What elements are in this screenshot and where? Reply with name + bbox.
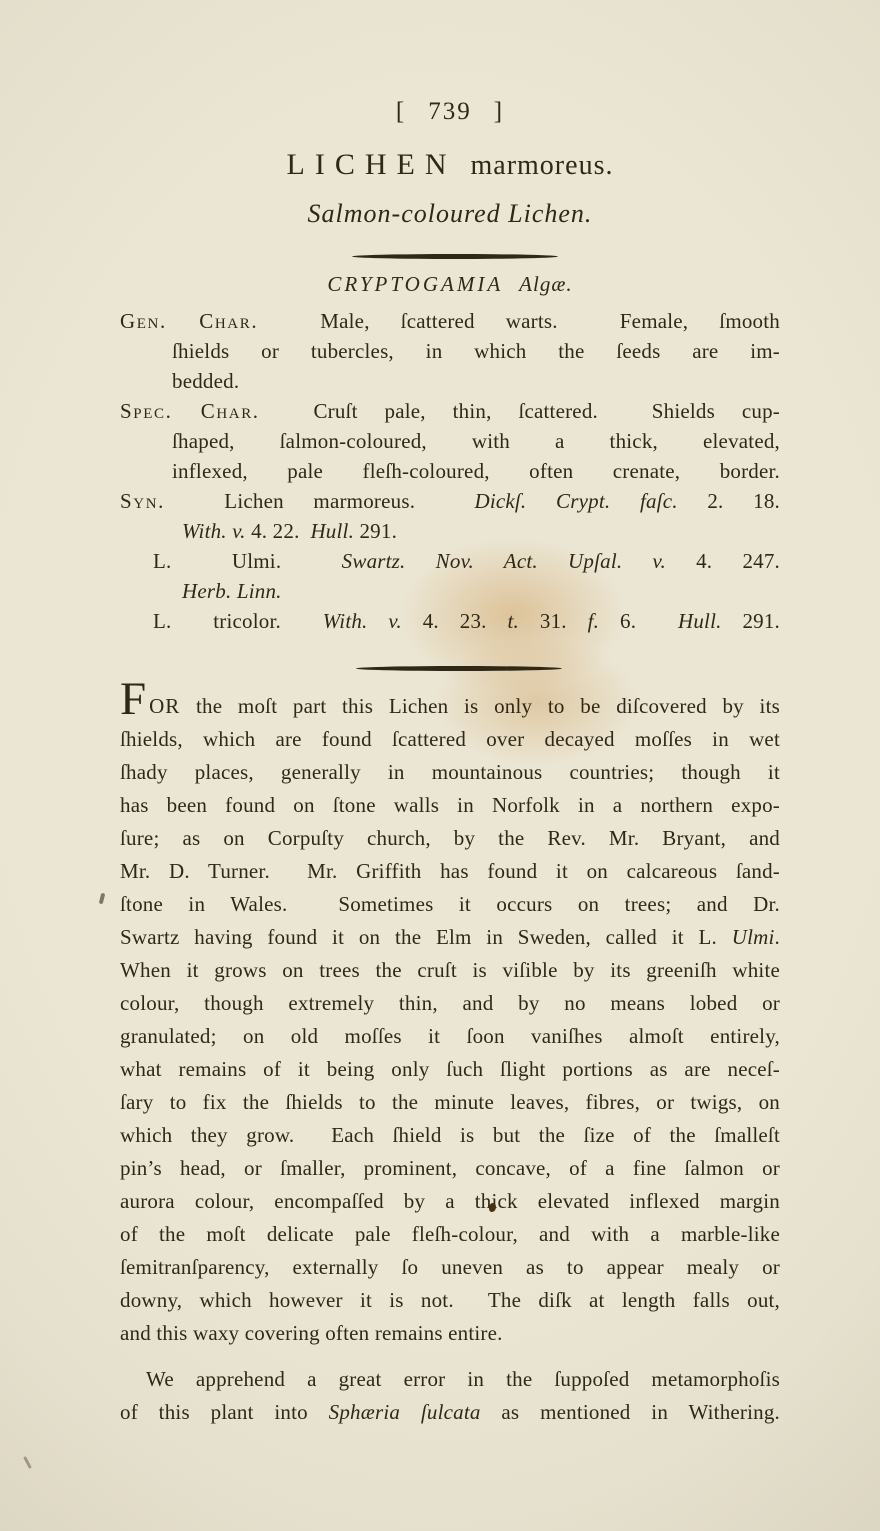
text-line: ſhady places, generally in mountainous c… [120,756,780,789]
text-segment: We apprehend a great error in the ſuppoſ… [146,1367,780,1391]
text-segment: 31. [519,609,588,633]
text-segment: colour, though extremely thin, and by no… [120,991,780,1015]
text-segment: granulated; on old moſſes it ſoon vaniſh… [120,1024,780,1048]
text-line: When it grows on trees the cruſt is viſi… [120,954,780,987]
text-segment: 291. [722,609,780,633]
text-line: ſhaped, ſalmon-coloured, with a thick, e… [120,426,780,456]
description-sections: Gen. Char. Male, ſcattered warts. Female… [120,306,780,636]
text-segment: Hull. [678,609,722,633]
text-segment: downy, which however it is not. The diſk… [120,1288,780,1312]
text-segment: Spec. Char. [120,399,260,423]
text-segment: Swartz. Nov. Act. Upſal. v. [342,549,666,573]
text-line: Mr. D. Turner. Mr. Griffith has found it… [120,855,780,888]
book-page: [739] LICHENmarmoreus. Salmon-coloured L… [0,0,880,1531]
text-line: Gen. Char. Male, ſcattered warts. Female… [120,306,780,336]
bracket-open: [ [396,98,406,125]
text-segment: Swartz having found it on the Elm in Swe… [120,925,732,949]
text-line: what remains of it being only ſuch ſligh… [120,1053,780,1086]
text-segment: which they grow. Each ſhield is but the … [120,1123,780,1147]
margin-mark [99,893,106,905]
text-segment: 4. 23. [402,609,508,633]
text-segment: . [775,925,780,949]
common-name-subtitle: Salmon-coloured Lichen. [120,199,780,229]
text-segment: aurora colour, encompaſſed by a thick el… [120,1189,780,1213]
text-segment: t. [508,609,520,633]
page-number: 739 [428,98,472,125]
text-segment: of this plant into [120,1400,329,1424]
text-line: L. tricolor. With. v. 4. 23. t. 31. f. 6… [120,606,780,636]
text-line: ſtone in Wales. Sometimes it occurs on t… [120,888,780,921]
text-segment: Herb. Linn. [182,579,282,603]
text-segment: inflexed, pale fleſh-coloured, often cre… [172,459,780,483]
text-segment: ſhaped, ſalmon-coloured, with a thick, e… [172,429,780,453]
text-line: colour, though extremely thin, and by no… [120,987,780,1020]
text-line: With. v. 4. 22. Hull. 291. [120,516,780,546]
text-line: bedded. [120,366,780,396]
text-line: downy, which however it is not. The diſk… [120,1284,780,1317]
text-line: Swartz having found it on the Elm in Swe… [120,921,780,954]
species-name: marmoreus. [471,150,614,181]
text-segment: ſhields, which are found ſcattered over … [120,727,780,751]
text-line: ſhields or tubercles, in which the ſeeds… [120,336,780,366]
text-line: FOR the moſt part this Lichen is only to… [120,690,780,723]
text-segment: bedded. [172,369,239,393]
text-segment: Hull. [310,519,354,543]
text-line: ſhields, which are found ſcattered over … [120,723,780,756]
text-segment: ſhields or tubercles, in which the ſeeds… [172,339,780,363]
text-segment: L. tricolor. [153,609,323,633]
text-segment: as mentioned in Withering. [481,1400,780,1424]
text-segment: OR [149,694,180,718]
text-segment: pin’s head, or ſmaller, prominent, conca… [120,1156,780,1180]
section-spec-char: Spec. Char. Cruſt pale, thin, ſcattered.… [120,396,780,486]
text-line: inflexed, pale fleſh-coloured, often cre… [120,456,780,486]
swelled-rule-top [352,254,558,259]
text-line: pin’s head, or ſmaller, prominent, conca… [120,1152,780,1185]
text-segment: 4. 22. [246,519,311,543]
text-segment: 6. [599,609,678,633]
text-line: of this plant into Sphæria ſulcata as me… [120,1396,780,1429]
swelled-rule-bottom [356,666,562,671]
text-segment: has been found on ſtone walls in Norfolk… [120,793,780,817]
taxonomy-line: CRYPTOGAMIAAlgæ. [120,272,780,297]
text-line: aurora colour, encompaſſed by a thick el… [120,1185,780,1218]
text-segment: ſemitranſparency, externally ſo uneven a… [120,1255,780,1279]
text-line: ſure; as on Corpuſty church, by the Rev.… [120,822,780,855]
text-segment: Cruſt pale, thin, ſcattered. Shields cup… [260,399,780,423]
text-segment: Mr. D. Turner. Mr. Griffith has found it… [120,859,780,883]
text-line: of the moſt delicate pale fleſh-colour, … [120,1218,780,1251]
text-line: ſemitranſparency, externally ſo uneven a… [120,1251,780,1284]
text-segment: ſary to fix the ſhields to the minute le… [120,1090,780,1114]
body-paragraph: We apprehend a great error in the ſuppoſ… [120,1363,780,1429]
body-paragraph: FOR the moſt part this Lichen is only to… [120,690,780,1350]
text-line: granulated; on old moſſes it ſoon vaniſh… [120,1020,780,1053]
section-gen-char: Gen. Char. Male, ſcattered warts. Female… [120,306,780,396]
text-segment: L. Ulmi. [153,549,342,573]
text-segment: Syn. [120,489,165,513]
genus-name: LICHEN [287,148,457,181]
text-segment: Gen. Char. [120,309,258,333]
text-segment: With. v. [182,519,246,543]
text-segment: 291. [354,519,397,543]
text-segment: and this waxy covering often remains ent… [120,1321,503,1345]
text-segment: ſhady places, generally in mountainous c… [120,760,780,784]
text-segment: Male, ſcattered warts. Female, ſmooth [258,309,780,333]
text-segment: Sphæria ſulcata [329,1400,481,1424]
text-segment: When it grows on trees the cruſt is viſi… [120,958,780,982]
text-segment: ſure; as on Corpuſty church, by the Rev.… [120,826,780,850]
text-line: Syn. Lichen marmoreus. Dickſ. Crypt. faſ… [120,486,780,516]
page-number-header: [739] [120,98,780,126]
text-segment: what remains of it being only ſuch ſligh… [120,1057,780,1081]
text-segment: the moſt part this Lichen is only to be … [180,694,780,718]
margin-mark [23,1456,32,1469]
text-line: ſary to fix the ſhields to the minute le… [120,1086,780,1119]
text-segment: Ulmi [732,925,775,949]
text-line: Herb. Linn. [120,576,780,606]
text-segment: ſtone in Wales. Sometimes it occurs on t… [120,892,780,916]
text-line: which they grow. Each ſhield is but the … [120,1119,780,1152]
text-segment: With. v. [323,609,402,633]
body-text: FOR the moſt part this Lichen is only to… [120,690,780,1429]
page-title: LICHENmarmoreus. [120,148,780,182]
text-segment: of the moſt delicate pale fleſh-colour, … [120,1222,780,1246]
text-line: and this waxy covering often remains ent… [120,1317,780,1350]
taxonomy-class: CRYPTOGAMIA [327,272,503,296]
bracket-close: ] [494,98,504,125]
text-line: L. Ulmi. Swartz. Nov. Act. Upſal. v. 4. … [120,546,780,576]
text-line: has been found on ſtone walls in Norfolk… [120,789,780,822]
taxonomy-order: Algæ. [519,272,572,296]
text-line: Spec. Char. Cruſt pale, thin, ſcattered.… [120,396,780,426]
text-segment: Lichen marmoreus. [165,489,474,513]
text-segment: Dickſ. Crypt. faſc. [474,489,677,513]
drop-cap: F [120,673,149,725]
text-segment: 2. 18. [678,489,780,513]
text-line: We apprehend a great error in the ſuppoſ… [120,1363,780,1396]
text-segment: 4. 247. [666,549,780,573]
section-synonyms: Syn. Lichen marmoreus. Dickſ. Crypt. faſ… [120,486,780,636]
text-segment: f. [588,609,600,633]
